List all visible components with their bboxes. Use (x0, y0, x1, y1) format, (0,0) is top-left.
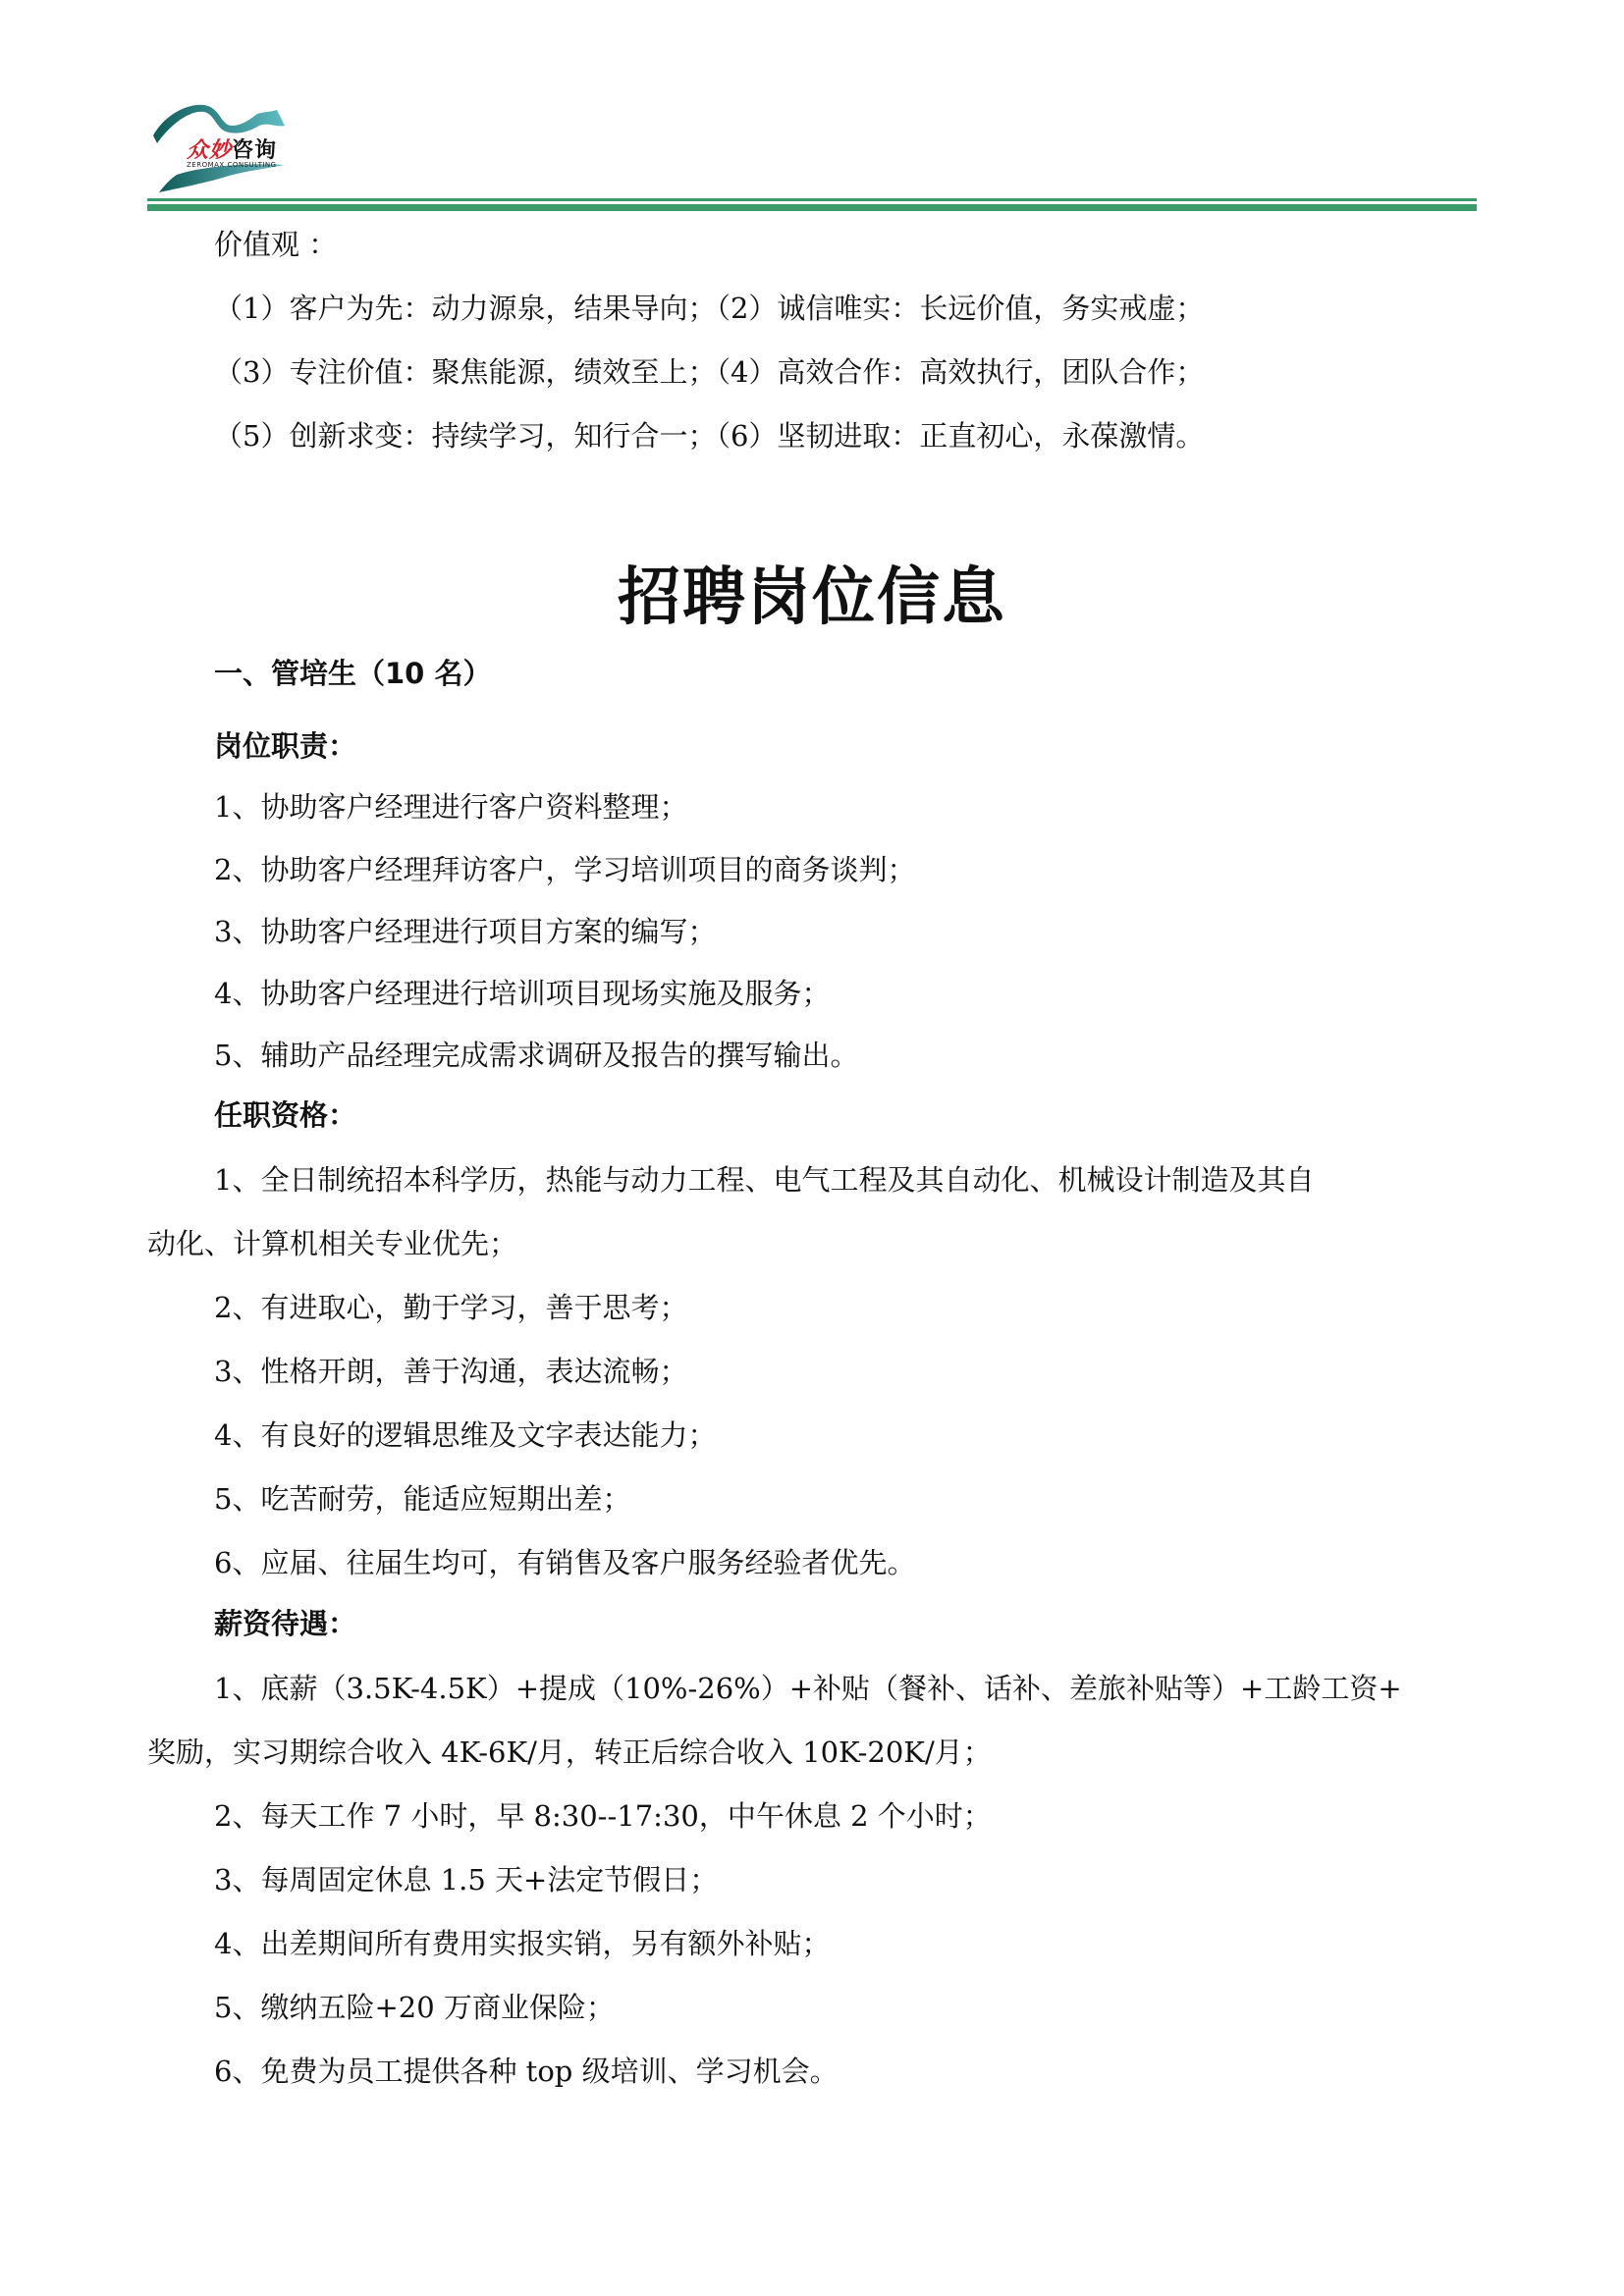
compensation-heading: 薪资待遇： (214, 1606, 356, 1641)
qualification-item: 6、应届、往届生均可，有销售及客户服务经验者优先。 (214, 1545, 915, 1580)
compensation-item: 6、免费为员工提供各种 top 级培训、学习机会。 (214, 2054, 839, 2089)
duty-item: 3、协助客户经理进行项目方案的编写； (214, 914, 716, 949)
duty-item: 4、协助客户经理进行培训项目现场实施及服务； (214, 976, 830, 1011)
duty-item: 2、协助客户经理拜访客户，学习培训项目的商务谈判； (214, 852, 915, 887)
values-line: （3）专注价值：聚焦能源，绩效至上；（4）高效合作：高效执行，团队合作； (214, 354, 1204, 390)
qualification-item: 3、性格开朗，善于沟通，表达流畅； (214, 1354, 687, 1389)
qualifications-heading: 任职资格： (214, 1097, 356, 1133)
header-divider-thin (147, 198, 1477, 201)
duty-item: 5、辅助产品经理完成需求调研及报告的撰写输出。 (214, 1038, 858, 1073)
qualification-item-continuation: 动化、计算机相关专业优先； (147, 1226, 517, 1261)
compensation-item: 4、出差期间所有费用实报实销，另有额外补贴； (214, 1926, 830, 1961)
company-logo: 众妙咨询 ZEROMAX CONSULTING (147, 96, 295, 194)
position-heading: 一、管培生（10 名） (214, 656, 491, 691)
duties-heading: 岗位职责： (214, 728, 356, 764)
logo-english-name: ZEROMAX CONSULTING (187, 161, 277, 169)
logo-chinese-name: 众妙咨询 (187, 133, 277, 164)
values-line: （1）客户为先：动力源泉，结果导向；（2）诚信唯实：长远价值，务实戒虚； (214, 291, 1204, 326)
qualification-item: 4、有良好的逻辑思维及文字表达能力； (214, 1417, 716, 1453)
header-divider-thick (147, 204, 1477, 211)
compensation-item: 3、每周固定休息 1.5 天+法定节假日； (214, 1862, 718, 1897)
document-page: 众妙咨询 ZEROMAX CONSULTING 价值观 ： （1）客户为先：动力… (0, 0, 1624, 2296)
compensation-item-continuation: 奖励，实习期综合收入 4K-6K/月，转正后综合收入 10K-20K/月； (147, 1735, 992, 1770)
qualification-item: 2、有进取心，勤于学习，善于思考； (214, 1290, 687, 1325)
compensation-item: 1、底薪（3.5K-4.5K）+提成（10%-26%）+补贴（餐补、话补、差旅补… (214, 1671, 1402, 1706)
values-line: （5）创新求变：持续学习，知行合一；（6）坚韧进取：正直初心，永葆激情。 (214, 418, 1204, 454)
page-title: 招聘岗位信息 (0, 561, 1624, 634)
duty-item: 1、协助客户经理进行客户资料整理； (214, 789, 687, 825)
qualification-item: 1、全日制统招本科学历，热能与动力工程、电气工程及其自动化、机械设计制造及其自 (214, 1162, 1314, 1198)
compensation-item: 2、每天工作 7 小时，早 8:30--17:30，中午休息 2 个小时； (214, 1798, 992, 1834)
qualification-item: 5、吃苦耐劳，能适应短期出差； (214, 1481, 630, 1517)
compensation-item: 5、缴纳五险+20 万商业保险； (214, 1990, 615, 2025)
values-heading: 价值观 ： (214, 227, 337, 262)
